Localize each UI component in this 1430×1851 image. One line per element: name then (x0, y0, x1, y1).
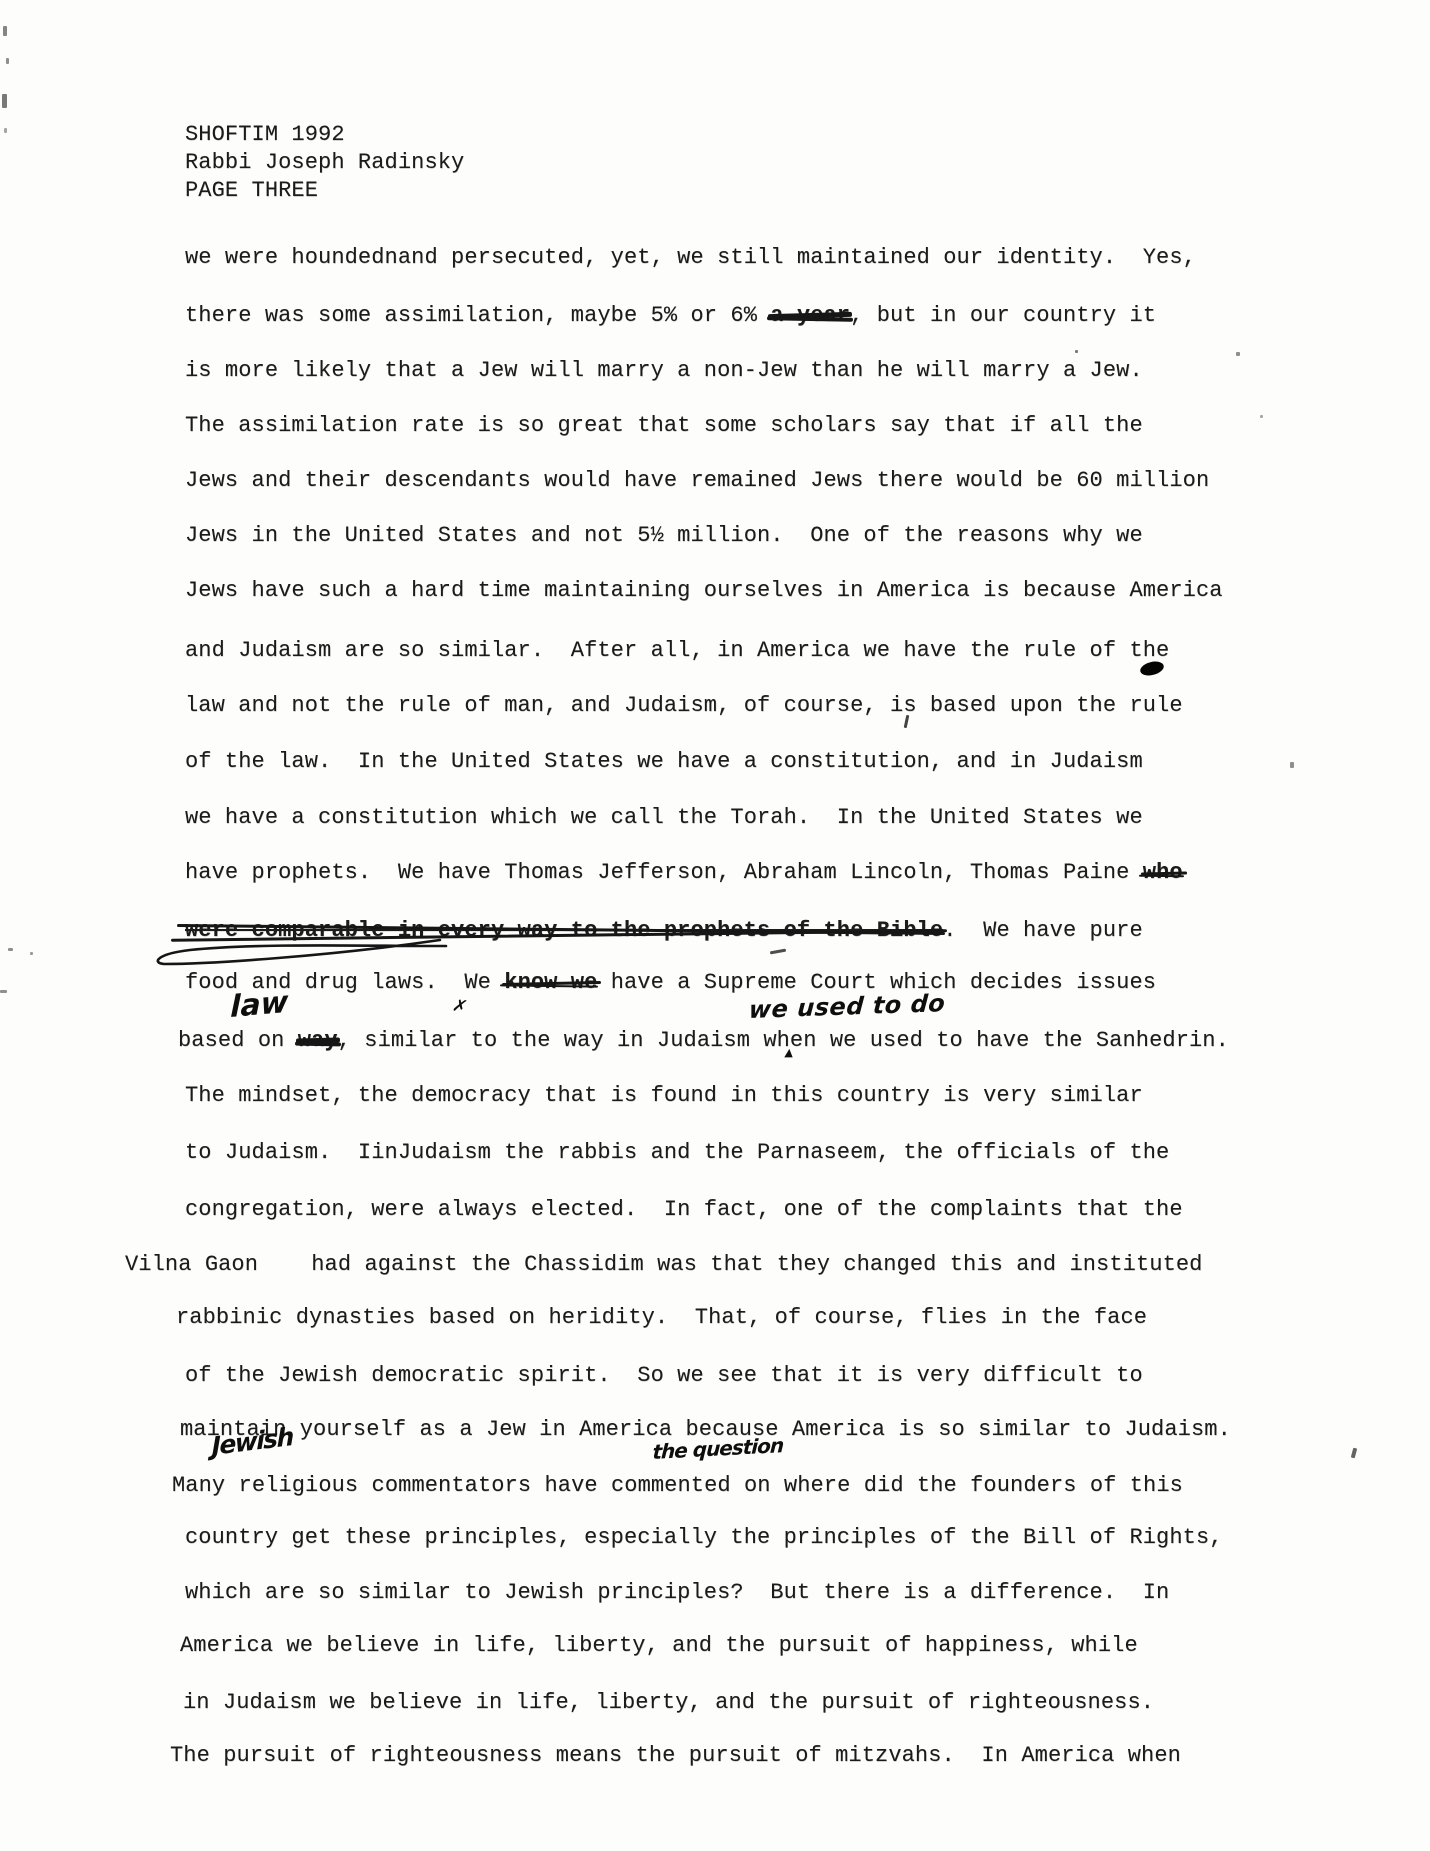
typed-text: we have a constitution which we call the… (185, 805, 1143, 830)
text-line: The mindset, the democracy that is found… (185, 1083, 1143, 1109)
typed-text: law and not the rule of man, and Judaism… (185, 693, 1183, 718)
typed-text: based on (178, 1028, 298, 1053)
text-line: Jews and their descendants would have re… (185, 468, 1209, 494)
scan-speck (1351, 1448, 1357, 1459)
header-line: SHOFTIM 1992 (185, 122, 345, 148)
typed-text: , similar to the way in Judaism when we … (338, 1028, 1229, 1053)
pen-struck-text: who (1143, 860, 1183, 885)
text-line: there was some assimilation, maybe 5% or… (185, 303, 1156, 329)
typed-text: have prophets. We have Thomas Jefferson,… (185, 860, 1143, 885)
typed-text: Rabbi Joseph Radinsky (185, 150, 464, 175)
text-line: Jews have such a hard time maintaining o… (185, 578, 1223, 604)
text-line: country get these principles, especially… (185, 1525, 1223, 1551)
text-line: food and drug laws. We know we have a Su… (185, 970, 1156, 996)
pen-struck-text: know we (504, 970, 597, 995)
typed-text: America we believe in life, liberty, and… (180, 1633, 1138, 1658)
scan-speck (8, 948, 13, 951)
typed-text: congregation, were always elected. In fa… (185, 1197, 1183, 1222)
handwritten-law: law (230, 985, 289, 1025)
header-line: PAGE THREE (185, 178, 318, 204)
text-line: of the Jewish democratic spirit. So we s… (185, 1363, 1143, 1389)
typed-text: The pursuit of righteousness means the p… (170, 1743, 1181, 1768)
text-line: Vilna Gaon had against the Chassidim was… (125, 1252, 1202, 1278)
text-line: congregation, were always elected. In fa… (185, 1197, 1183, 1223)
document-page: SHOFTIM 1992Rabbi Joseph RadinskyPAGE TH… (0, 0, 1430, 1851)
pen-struck-text: a year (770, 303, 850, 328)
header-line: Rabbi Joseph Radinsky (185, 150, 464, 176)
typed-text: Jews have such a hard time maintaining o… (185, 578, 1223, 603)
typed-text: Jews and their descendants would have re… (185, 468, 1209, 493)
text-line: have prophets. We have Thomas Jefferson,… (185, 860, 1183, 886)
text-line: we were houndednand persecuted, yet, we … (185, 245, 1196, 271)
typed-text: SHOFTIM 1992 (185, 122, 345, 147)
pen-struck-text: way (298, 1028, 338, 1053)
text-line: rabbinic dynasties based on heridity. Th… (176, 1305, 1147, 1331)
typed-text: , but in our country it (850, 303, 1156, 328)
typed-text: there was some assimilation, maybe 5% or… (185, 303, 770, 328)
typed-text: of the law. In the United States we have… (185, 749, 1143, 774)
text-line: based on way, similar to the way in Juda… (178, 1028, 1229, 1054)
typed-text: The mindset, the democracy that is found… (185, 1083, 1143, 1108)
typed-text: The assimilation rate is so great that s… (185, 413, 1143, 438)
typed-text: rabbinic dynasties based on heridity. Th… (176, 1305, 1147, 1330)
text-line: Jews in the United States and not 5½ mil… (185, 523, 1143, 549)
text-line: The pursuit of righteousness means the p… (170, 1743, 1181, 1769)
text-line: America we believe in life, liberty, and… (180, 1633, 1138, 1659)
text-line: we have a constitution which we call the… (185, 805, 1143, 831)
text-line: and Judaism are so similar. After all, i… (185, 638, 1169, 664)
scan-speck (3, 26, 7, 36)
typed-text: Vilna Gaon had against the Chassidim was… (125, 1252, 1202, 1277)
scan-speck (6, 58, 9, 64)
typed-text: we were houndednand persecuted, yet, we … (185, 245, 1196, 270)
text-line: were comparable in every way to the prop… (185, 918, 1143, 944)
typed-text: PAGE THREE (185, 178, 318, 203)
scan-speck (1075, 350, 1078, 353)
typed-text: which are so similar to Jewish principle… (185, 1580, 1169, 1605)
scan-speck (1236, 352, 1240, 356)
text-line: which are so similar to Jewish principle… (185, 1580, 1169, 1606)
scan-speck (1290, 762, 1294, 768)
caret-mark: ▲ (784, 1046, 794, 1059)
typed-text: to Judaism. IinJudaism the rabbis and th… (185, 1140, 1169, 1165)
scan-speck (30, 952, 33, 955)
typed-text: is more likely that a Jew will marry a n… (185, 358, 1143, 383)
typed-text: Many religious commentators have comment… (172, 1473, 1183, 1498)
text-line: is more likely that a Jew will marry a n… (185, 358, 1143, 384)
typed-text: in Judaism we believe in life, liberty, … (183, 1690, 1154, 1715)
typed-text: and Judaism are so similar. After all, i… (185, 638, 1169, 663)
typed-text: . We have pure (943, 918, 1143, 943)
scan-speck (2, 94, 7, 108)
text-line: to Judaism. IinJudaism the rabbis and th… (185, 1140, 1169, 1166)
scan-speck (770, 949, 786, 955)
typed-text: Jews in the United States and not 5½ mil… (185, 523, 1143, 548)
text-line: law and not the rule of man, and Judaism… (185, 693, 1183, 719)
scan-speck (4, 128, 7, 133)
text-line: in Judaism we believe in life, liberty, … (183, 1690, 1154, 1716)
text-line: Many religious commentators have comment… (172, 1473, 1183, 1499)
handwritten-x-mark: ✗ (450, 996, 470, 1018)
scan-speck (1260, 415, 1263, 418)
pen-struck-text: were comparable in every way to the prop… (185, 918, 943, 943)
handwritten-we-used-to-do: we used to do (748, 989, 946, 1024)
text-line: of the law. In the United States we have… (185, 749, 1143, 775)
typed-text: country get these principles, especially… (185, 1525, 1223, 1550)
typed-text: of the Jewish democratic spirit. So we s… (185, 1363, 1143, 1388)
scan-speck (0, 990, 7, 993)
text-line: The assimilation rate is so great that s… (185, 413, 1143, 439)
